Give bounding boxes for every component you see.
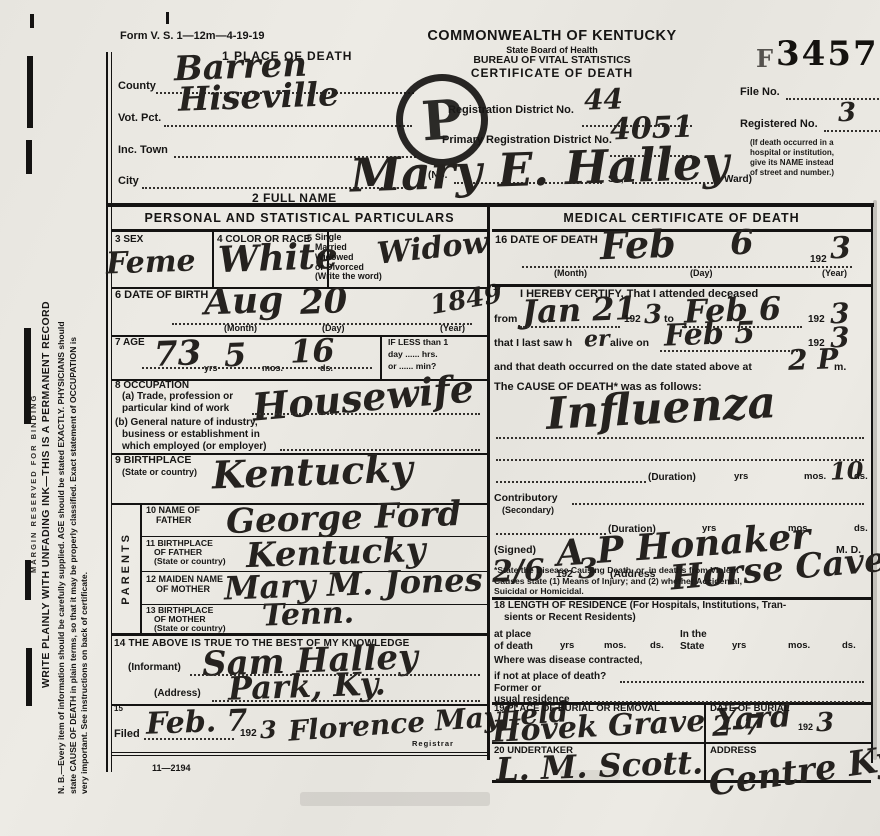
mother-bp-value: Tenn. (262, 598, 355, 631)
residence-label-l1: 18 LENGTH OF RESIDENCE (For Hospitals, I… (494, 600, 786, 611)
filed-year-printed: 192 (240, 728, 257, 739)
dotted-line (786, 96, 880, 100)
dotted-line (660, 348, 802, 352)
margin-nb-note-line1: N. B.—Every item of information should b… (57, 50, 67, 794)
occurred-time-value: 2 P (788, 345, 839, 375)
sex-race-marital-row: 3 SEX Feme 4 COLOR OR RACE White 5 Singl… (112, 232, 487, 289)
form-right-border (871, 203, 873, 763)
hospital-note: (If death occurred in a hospital or inst… (750, 138, 880, 178)
stamp-prefix: F (756, 44, 773, 73)
inc-town-label: Inc. Town (118, 144, 168, 156)
certify-from-year-printed: 192 (624, 314, 641, 325)
death-certificate-scan: MARGIN RESERVED FOR BINDING WRITE PLAINL… (0, 0, 880, 836)
duration-yrs-caption: yrs (734, 472, 748, 483)
personal-column: PERSONAL AND STATISTICAL PARTICULARS 3 S… (112, 207, 487, 752)
dotted-line (212, 698, 480, 702)
sex-label: 3 SEX (115, 234, 143, 245)
sex-value: Feme (106, 246, 197, 279)
date-of-birth-row: 6 DATE OF BIRTH Aug 20 1849 (Month) (Day… (112, 287, 487, 337)
birthplace-sub-label: (State or country) (122, 467, 197, 477)
form-left-border (106, 52, 108, 772)
vot-pct-value: Hiseville (177, 77, 339, 116)
dob-year-caption: (Year) (440, 323, 465, 333)
certify-block: 17 I HEREBY CERTIFY, That I attended dec… (492, 284, 871, 379)
occurred-m-label: m. (834, 362, 846, 374)
dod-day-caption: (Day) (690, 268, 713, 278)
parents-label-cell: PARENTS (112, 503, 142, 633)
form-number: Form V. S. 1—12m—4-19-19 (120, 30, 265, 42)
dod-month-value: Feb (599, 225, 676, 266)
marital-number: 5 (307, 233, 312, 243)
column-divider (487, 207, 490, 760)
contributory-secondary-label: (Secondary) (502, 505, 554, 515)
burial-year-printed: 192 (798, 722, 813, 732)
margin-binding-note: MARGIN RESERVED FOR BINDING (30, 50, 38, 573)
dotted-line (142, 365, 372, 369)
dotted-line (496, 457, 864, 461)
form-footer-code: 11—2194 (152, 763, 191, 773)
filed-date-value: Feb. 7 (146, 706, 248, 740)
hospital-note-line4: of street and number.) (750, 168, 880, 178)
state-ds-caption: ds. (842, 641, 856, 652)
scan-artifact (166, 12, 169, 24)
registration-district-value: 44 (584, 85, 624, 114)
dotted-line (496, 479, 646, 483)
residence-block: 18 LENGTH OF RESIDENCE (For Hospitals, I… (492, 597, 871, 705)
medical-column: MEDICAL CERTIFICATE OF DEATH 16 DATE OF … (492, 207, 871, 777)
birthplace-label: 9 BIRTHPLACE (115, 455, 191, 467)
duration-mos-caption: mos. (804, 472, 826, 483)
mother-birthplace-row: 13 BIRTHPLACE OF MOTHER (State or countr… (142, 606, 487, 633)
marital-value: Widow (376, 228, 490, 269)
registered-no-label: Registered No. (740, 118, 818, 130)
margin-nb-note-line3: very important. See instructions on back… (80, 50, 90, 794)
parents-vertical-label: PARENTS (120, 532, 132, 605)
father-bp-label-l3: (State or country) (154, 557, 226, 567)
age-label: 7 AGE (115, 337, 145, 348)
contributory-label: Contributory (494, 493, 558, 505)
dotted-line (620, 679, 864, 683)
dod-label: 16 DATE OF DEATH (495, 234, 598, 246)
undertaker-cell: 20 UNDERTAKER L. M. Scott. (492, 744, 706, 780)
parents-block: PARENTS 10 NAME OF FATHER George Ford 11… (112, 503, 487, 636)
margin-notes: MARGIN RESERVED FOR BINDING WRITE PLAINL… (30, 50, 90, 808)
undertaker-address-cell: ADDRESS Centre Ky, (706, 744, 871, 780)
father-name-label-l1: 10 NAME OF (146, 505, 200, 515)
full-name-value: Mary E. Halley (349, 139, 729, 198)
duration2-ds-caption: ds. (854, 524, 868, 535)
dotted-line (144, 736, 234, 740)
cause-footnote: *State the Disease Causing Death, or, in… (494, 565, 742, 597)
undertaker-row: 20 UNDERTAKER L. M. Scott. ADDRESS Centr… (492, 744, 871, 783)
cause-value: Influenza (545, 381, 777, 437)
file-number-stamp: 3457 (776, 34, 879, 74)
scan-smudge (300, 792, 490, 806)
city-label: City (118, 175, 139, 187)
birthplace-value: Kentucky (211, 450, 413, 495)
alive-on-label: alive on (610, 338, 649, 350)
footnote-line2: Causes state (1) Means of Injury; and (2… (494, 576, 742, 587)
burial-year-value: 3 (816, 710, 835, 737)
dod-year-caption: (Year) (822, 268, 847, 278)
dob-label: 6 DATE OF BIRTH (115, 289, 208, 301)
scan-smudge (873, 200, 877, 760)
registrar-caption: Registrar (412, 740, 454, 748)
hospital-note-line2: hospital or institution, (750, 148, 880, 158)
mother-bp-label-l3: (State or country) (154, 624, 226, 634)
margin-nb-note-line2: state CAUSE OF DEATH in plain terms, so … (69, 50, 79, 794)
occupation-a-line2: particular kind of work (122, 403, 229, 414)
informant-address-label: (Address) (154, 688, 201, 699)
res-ds-caption: ds. (650, 641, 664, 652)
dod-day-value: 6 (729, 226, 754, 261)
dotted-line (824, 128, 880, 132)
res-yrs-caption: yrs (560, 641, 574, 652)
burial-row: 19 PLACE OF BURIAL OR REMOVAL Hovek Grav… (492, 702, 871, 744)
last-saw-pre-label: that I last saw h (494, 338, 572, 350)
if-less-line2: day ...... hrs. (388, 350, 438, 360)
state-title-block: COMMONWEALTH OF KENTUCKY State Board of … (412, 28, 692, 81)
margin-write-plainly-note: WRITE PLAINLY WITH UNFADING INK—THIS IS … (41, 50, 53, 688)
dob-day-value: 20 (299, 284, 347, 320)
p-stamp-letter: P (420, 87, 465, 154)
residence-label-l2: sients or Recent Residents) (504, 612, 636, 623)
occupation-a-line1: (a) Trade, profession or (122, 391, 233, 402)
footnote-line1: *State the Disease Causing Death, or, in… (494, 565, 742, 576)
header-section: Form V. S. 1—12m—4-19-19 1 PLACE OF DEAT… (112, 28, 874, 205)
personal-title: PERSONAL AND STATISTICAL PARTICULARS (144, 211, 454, 225)
certify-from-year: 3 (644, 302, 663, 329)
if-less-line1: IF LESS than 1 (388, 338, 448, 348)
state-mos-caption: mos. (788, 641, 810, 652)
state-yrs-caption: yrs (732, 641, 746, 652)
burial-date-value: 2-7 (712, 711, 764, 741)
burial-date-cell: DATE OF BURIAL 2-7 192 3 (706, 702, 871, 742)
duration-ds-caption: ds. (854, 472, 868, 483)
occupation-b-line1: (b) General nature of industry, (115, 417, 258, 428)
if-not-label: if not at place of death? (494, 671, 606, 682)
mother-name-label-l1: 12 MAIDEN NAME (146, 574, 223, 584)
undertaker-value: L. M. Scott. (496, 746, 704, 785)
filed-row: 15 Filed Feb. 7 192 3 Florence Mayfield … (112, 704, 487, 756)
dotted-line (164, 123, 412, 127)
filed-year-value: 3 (260, 718, 278, 743)
parents-rows: 10 NAME OF FATHER George Ford 11 BIRTHPL… (142, 503, 487, 633)
dotted-line (496, 435, 864, 439)
medical-title-bar: MEDICAL CERTIFICATE OF DEATH (492, 207, 871, 232)
father-name-row: 10 NAME OF FATHER George Ford (142, 503, 487, 537)
hospital-note-line3: give its NAME instead (750, 158, 880, 168)
dod-year-value: 3 (829, 234, 851, 265)
in-the-label: In the (680, 629, 707, 640)
informant-row: 14 THE ABOVE IS TRUE TO THE BEST OF MY K… (112, 636, 487, 706)
of-death-label: of death (494, 641, 533, 652)
vot-pct-label: Vot. Pct. (118, 112, 161, 124)
at-place-label: at place (494, 629, 531, 640)
dotted-line (572, 501, 864, 505)
mother-name-label-l2: OF MOTHER (156, 584, 210, 594)
commonwealth-title: COMMONWEALTH OF KENTUCKY (412, 28, 692, 44)
father-name-label-l2: FATHER (156, 515, 191, 525)
last-saw-value: Feb 5 (664, 318, 756, 351)
certify-from-value: Jan 21 (521, 292, 637, 328)
registered-no-value: 3 (838, 100, 857, 127)
occurred-statement: and that death occurred on the date stat… (494, 362, 752, 374)
last-saw-her: er (584, 328, 610, 351)
dotted-line (252, 411, 480, 415)
informant-label: (Informant) (128, 662, 181, 673)
hospital-note-line1: (If death occurred in a (750, 138, 880, 148)
occupation-b-line2: business or establishment in (122, 429, 260, 440)
res-mos-caption: mos. (604, 641, 626, 652)
occupation-row: 8 OCCUPATION (a) Trade, profession or pa… (112, 379, 487, 455)
scan-artifact (30, 14, 34, 28)
sex-cell: 3 SEX Feme (112, 232, 214, 287)
duration-label: (Duration) (648, 472, 696, 483)
certify-number: 17 (493, 284, 502, 293)
where-contracted-label: Where was disease contracted, (494, 655, 642, 666)
file-no-label: File No. (740, 86, 780, 98)
dob-month-value: Aug (203, 282, 283, 321)
filed-number: 15 (114, 705, 123, 714)
county-label: County (118, 80, 156, 92)
burial-place-cell: 19 PLACE OF BURIAL OR REMOVAL Hovek Grav… (492, 702, 706, 742)
state-label: State (680, 641, 704, 652)
undertaker-address-label: ADDRESS (710, 746, 756, 757)
personal-title-bar: PERSONAL AND STATISTICAL PARTICULARS (112, 207, 487, 232)
occupation-label: 8 OCCUPATION (115, 380, 189, 391)
footnote-line3: Suicidal or Homicidal. (494, 586, 742, 597)
former-label: Former or (494, 683, 541, 694)
dob-month-caption: (Month) (224, 323, 257, 333)
dod-month-caption: (Month) (554, 268, 587, 278)
date-of-death-row: 16 DATE OF DEATH Feb 6 192 3 (Month) (Da… (492, 232, 871, 287)
marital-write-word: (Write the word) (315, 272, 382, 282)
certify-to-year-printed: 192 (808, 314, 825, 325)
certify-from-label: from (494, 314, 517, 326)
filed-label: Filed (114, 728, 140, 740)
marital-options: Single Married Widowed or Divorced (Writ… (315, 233, 382, 282)
